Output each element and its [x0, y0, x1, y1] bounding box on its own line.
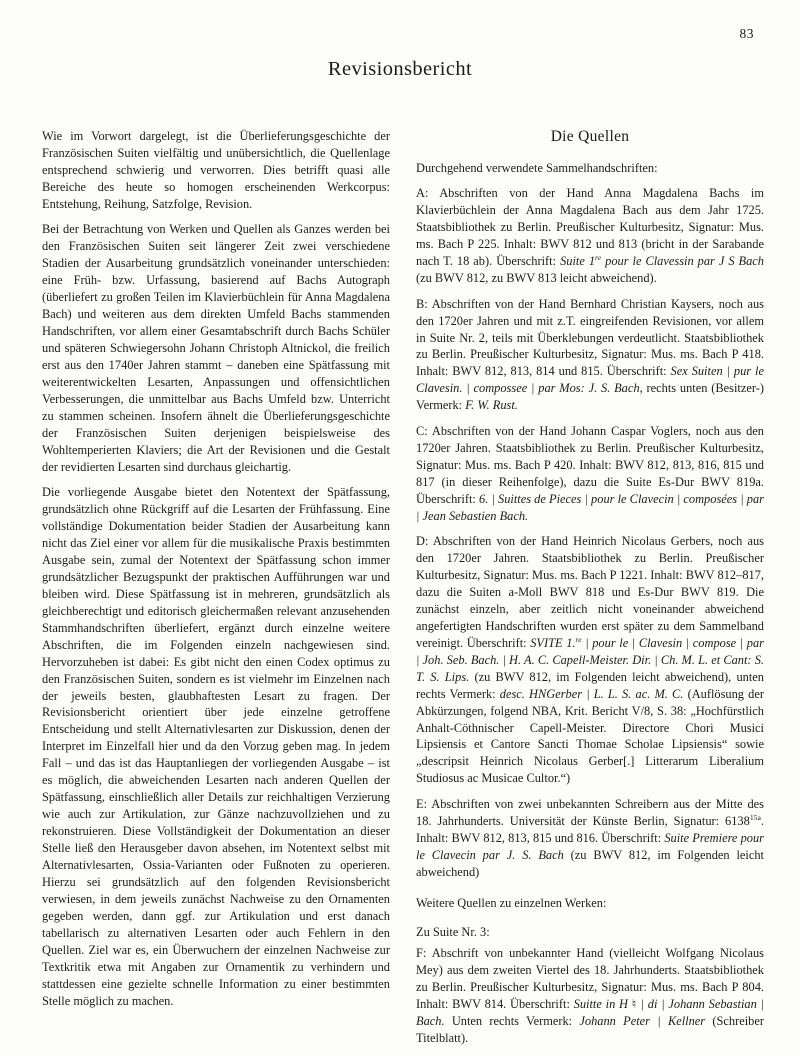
subhead-suite-3: Zu Suite Nr. 3: — [416, 924, 764, 941]
page-title: Revisionsbericht — [0, 58, 800, 81]
source-entry-d: D: Abschriften von der Hand Heinrich Nic… — [416, 533, 764, 787]
source-entry-e: E: Abschriften von zwei unbekannten Schr… — [416, 796, 764, 881]
body-paragraph-3: Die vorliegende Ausgabe bietet den Noten… — [42, 484, 390, 1010]
document-page: 83 Revisionsbericht Wie im Vorwort darge… — [0, 0, 800, 1056]
intro-line: Durchgehend verwendete Sammelhandschrift… — [416, 160, 764, 177]
body-paragraph-2: Bei der Betrachtung von Werken und Quell… — [42, 221, 390, 475]
source-entry-c: C: Abschriften von der Hand Johann Caspa… — [416, 423, 764, 525]
section-heading-die-quellen: Die Quellen — [416, 129, 764, 146]
subhead-more-sources: Weitere Quellen zu einzelnen Werken: — [416, 895, 764, 912]
source-entry-b: B: Abschriften von der Hand Bernhard Chr… — [416, 296, 764, 415]
source-entry-f: F: Abschrift von unbekannter Hand (viell… — [416, 945, 764, 1047]
page-number: 83 — [740, 26, 755, 42]
left-column: Wie im Vorwort dargelegt, ist die Überli… — [42, 128, 390, 1056]
two-column-layout: Wie im Vorwort dargelegt, ist die Überli… — [42, 128, 764, 1056]
source-entry-a: A: Abschriften von der Hand Anna Magdale… — [416, 185, 764, 287]
right-column: Die Quellen Durchgehend verwendete Samme… — [416, 128, 764, 1056]
body-paragraph-1: Wie im Vorwort dargelegt, ist die Überli… — [42, 128, 390, 213]
